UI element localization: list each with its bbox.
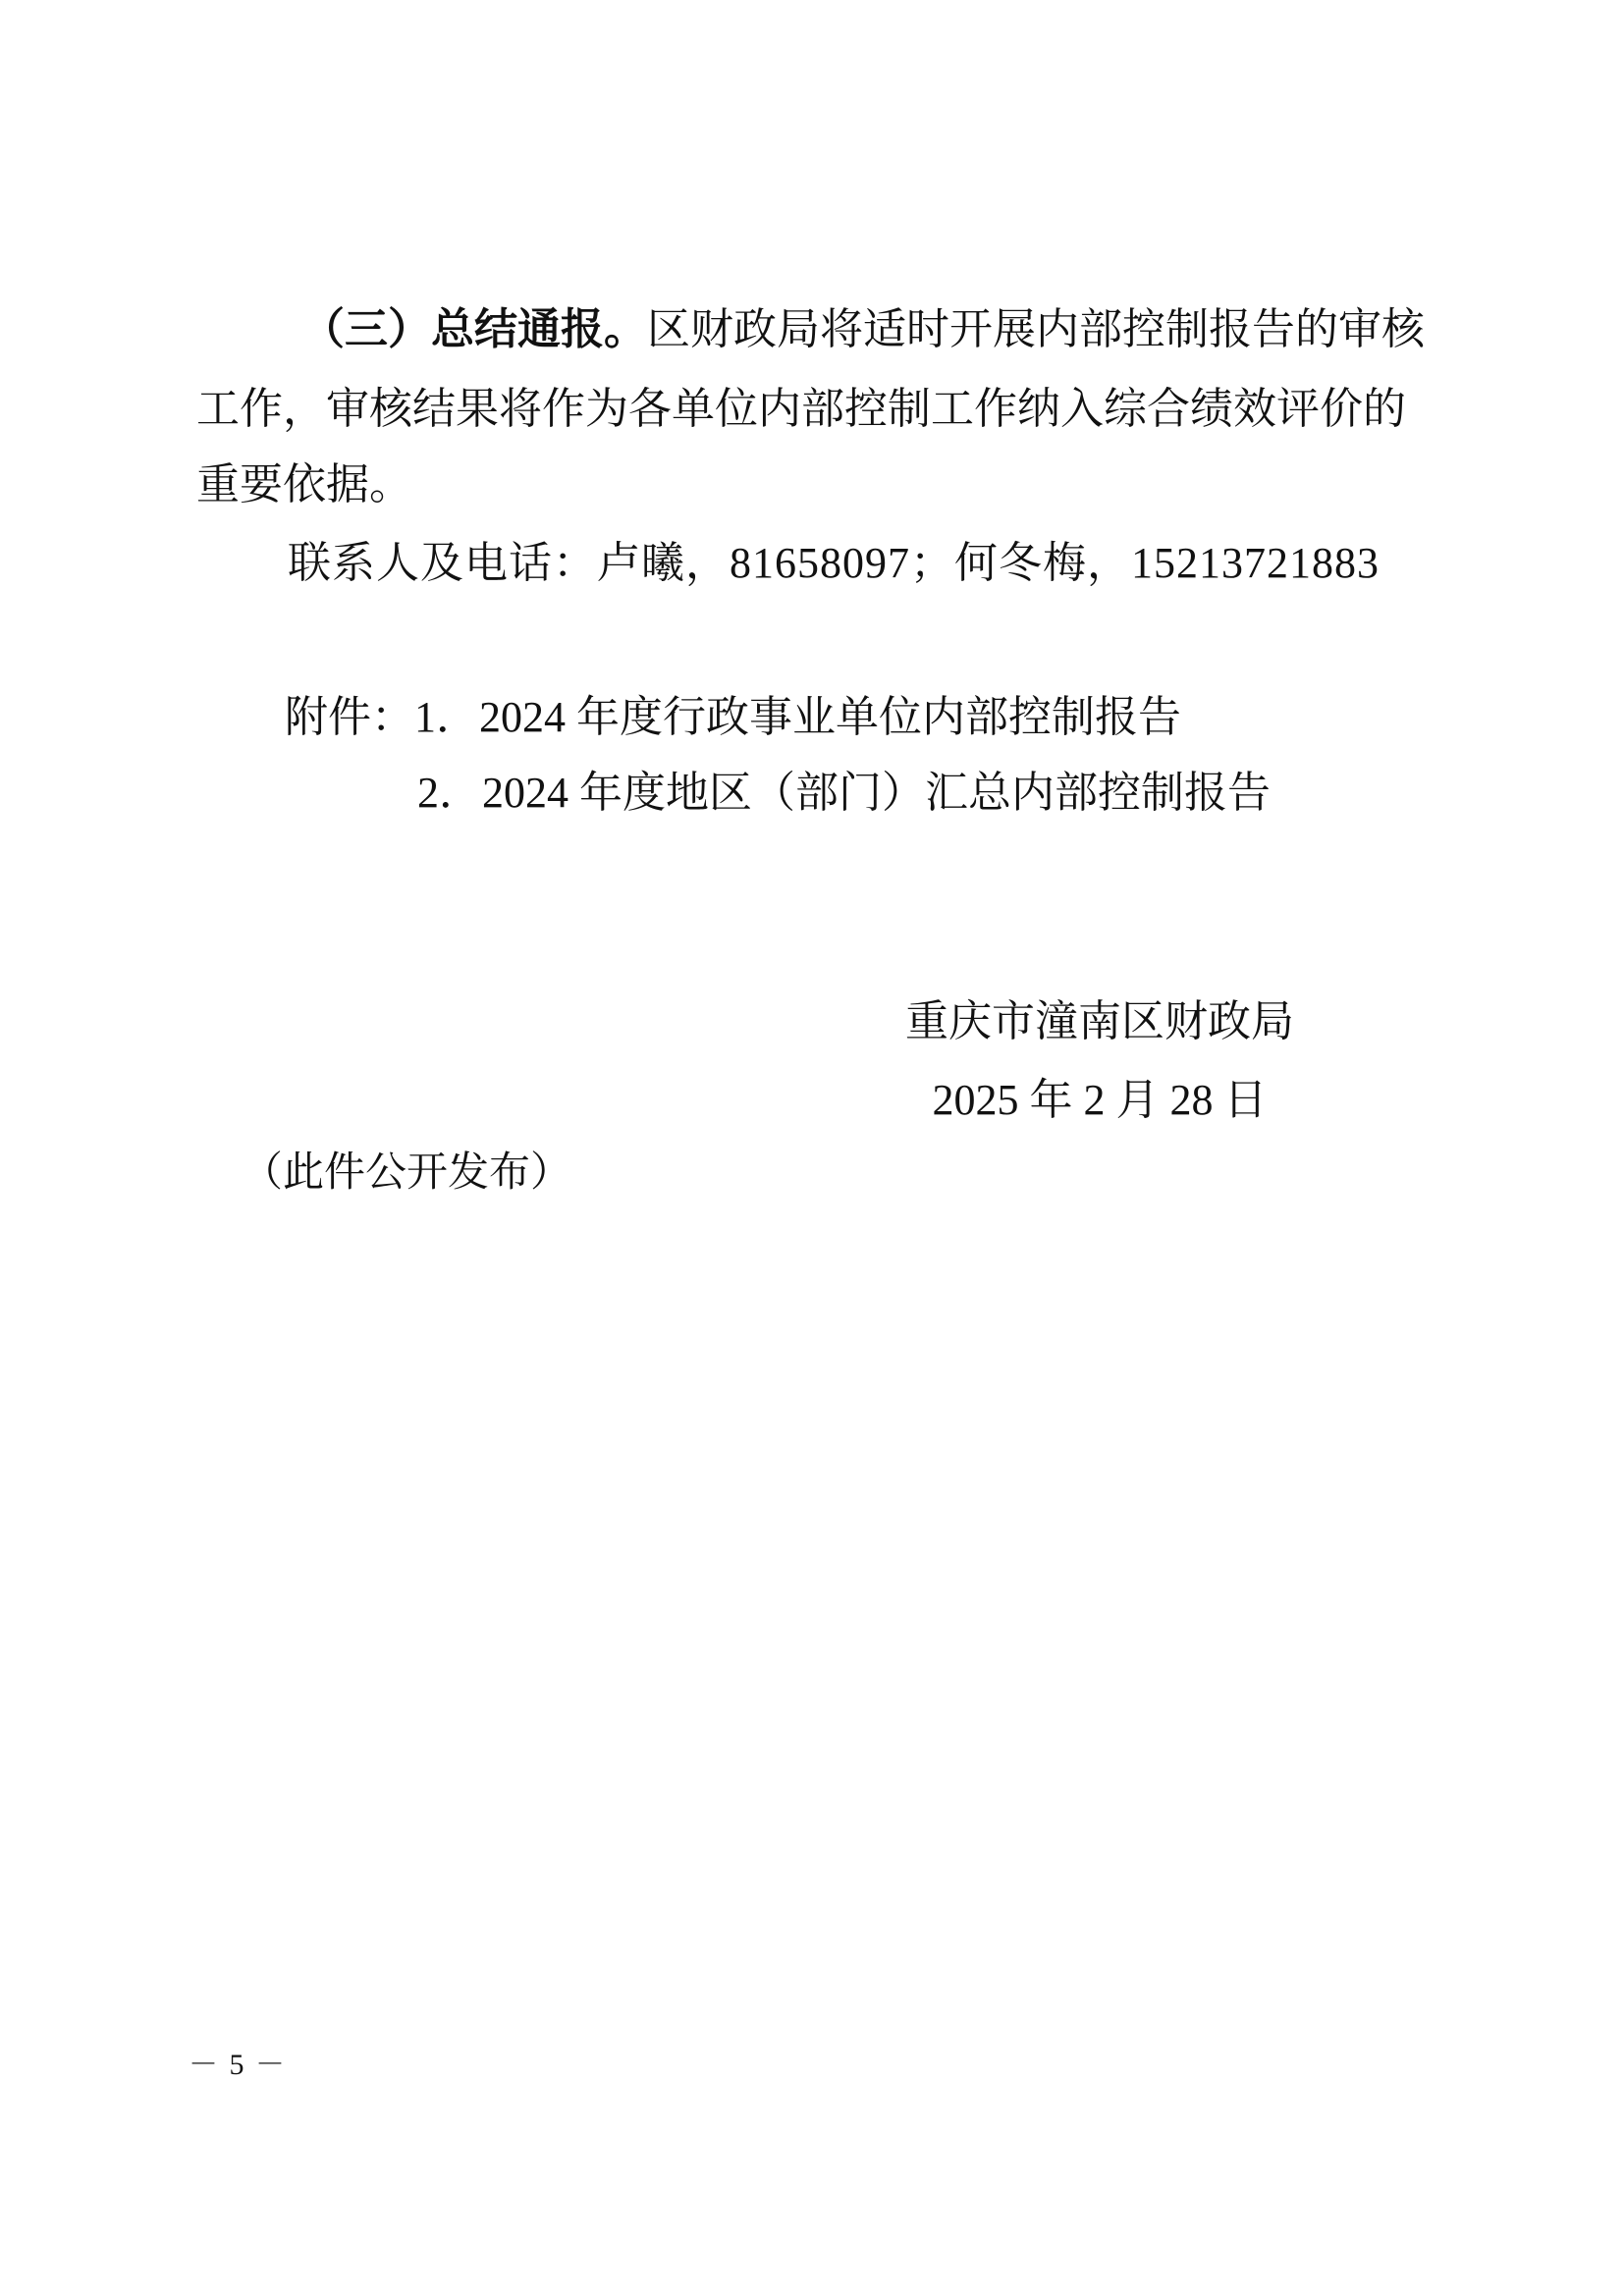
attachments-line-1: 附件：1．2024 年度行政事业单位内部控制报告	[285, 693, 1181, 743]
issuer-signature: 重庆市潼南区财政局	[776, 997, 1424, 1047]
issue-date: 2025 年 2 月 28 日	[776, 1076, 1424, 1126]
section-heading: （三）总结通报。	[301, 305, 647, 353]
page-number: － 5 －	[189, 2040, 287, 2083]
paragraph-line-2: 工作，审核结果将作为各单位内部控制工作纳入综合绩效评价的	[196, 385, 1406, 435]
contact-line: 联系人及电话：卢曦，81658097；何冬梅，15213721883	[288, 539, 1380, 589]
attachments-label: 附件：	[285, 693, 414, 741]
paragraph-line-3: 重要依据。	[196, 460, 412, 510]
attachment-item-2: 2．2024 年度地区（部门）汇总内部控制报告	[417, 769, 1271, 819]
document-page: （三）总结通报。区财政局将适时开展内部控制报告的审核 工作，审核结果将作为各单位…	[0, 0, 1624, 2296]
attachment-item-1: 1．2024 年度行政事业单位内部控制报告	[414, 693, 1181, 741]
paragraph-line-1: （三）总结通报。区财政局将适时开展内部控制报告的审核	[301, 305, 1425, 355]
public-release-note: （此件公开发布）	[242, 1149, 571, 1197]
paragraph-line-1-text: 区财政局将适时开展内部控制报告的审核	[647, 305, 1425, 353]
